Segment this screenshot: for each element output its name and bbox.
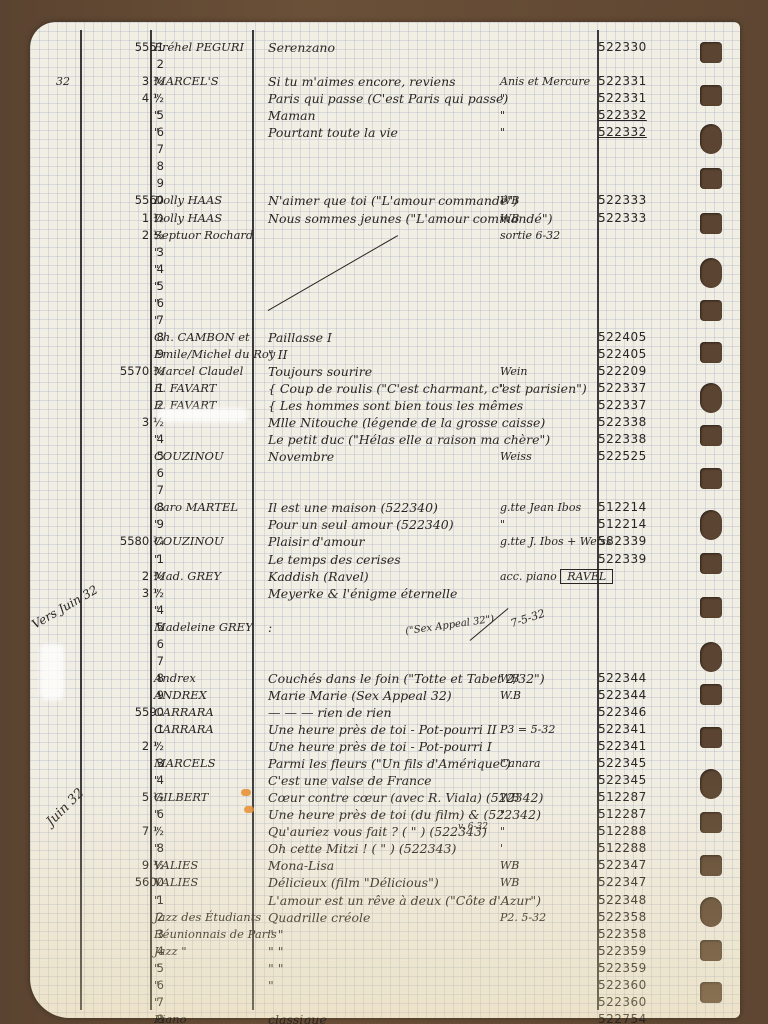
song-title: Le temps des cerises: [268, 551, 401, 568]
entry-number: 5590: [88, 704, 164, 721]
row-note: ": [500, 380, 505, 397]
song-title: Parmi les fleurs ("Un fils d'Amérique"): [268, 755, 511, 772]
row-note: P2. 5-32: [500, 909, 546, 926]
artist-name: ": [154, 551, 159, 568]
ledger-row: 323 ½MARCEL'SSi tu m'aimes encore, revie…: [30, 73, 740, 90]
artist-name: Andrex: [154, 670, 196, 687]
row-note: g.tte Jean Ibos: [500, 499, 581, 516]
song-title: Oh cette Mitzi ! ( " ) (522343): [268, 840, 456, 857]
artist-name: E. FAVART: [154, 380, 216, 397]
entry-number: 4: [88, 602, 164, 619]
matrix-code: 522405: [598, 329, 647, 346]
row-note: g.tte J. Ibos + Weiss: [500, 533, 612, 550]
ledger-row: 8AndrexCouchés dans le foin ("Totte et T…: [30, 670, 740, 687]
ledger-row: 2Jazz des ÉtudiantsQuadrille créoleP2. 5…: [30, 909, 740, 926]
correction-smudge: [40, 644, 64, 700]
matrix-code: 522338: [598, 431, 647, 448]
artist-name: ": [154, 977, 159, 994]
artist-name: Marcel Claudel: [154, 363, 243, 380]
ledger-row: 5600VALIESDélicieux (film "Délicious")WB…: [30, 874, 740, 891]
matrix-code: 522405: [598, 346, 647, 363]
artist-name: ": [154, 738, 159, 755]
entry-number: 2 ½: [88, 568, 164, 585]
song-title: " ": [268, 943, 283, 960]
ledger-page: 5551Fréhel PEGURISerenzano5223302323 ½MA…: [30, 22, 740, 1018]
artist-name: ": [154, 516, 159, 533]
ledger-row: 6: [30, 636, 740, 653]
matrix-code: 512214: [598, 516, 647, 533]
artist-name: Mad. GREY: [154, 568, 221, 585]
song-title: Mlle Nitouche (légende de la grosse cais…: [268, 414, 545, 431]
ledger-row: 8"Oh cette Mitzi ! ( " ) (522343)'512288: [30, 840, 740, 857]
artist-name: Madeleine GREY: [154, 619, 253, 636]
row-note: ": [500, 806, 505, 823]
artist-name: ": [154, 244, 159, 261]
artist-name: ": [154, 295, 159, 312]
margin-note: 32: [56, 73, 70, 90]
ledger-row: 2E. FAVART{ Les hommes sont bien tous le…: [30, 397, 740, 414]
v-date-annotation: v. 6-32: [458, 822, 488, 832]
entry-number: 8: [88, 670, 164, 687]
entry-number: 5551: [88, 39, 164, 56]
entry-number: 7 ½: [88, 823, 164, 840]
ledger-row: 5560Dolly HAASN'aimer que toi ("L'amour …: [30, 192, 740, 209]
entry-number: 4: [88, 431, 164, 448]
row-note: acc. piano RAVEL: [500, 568, 613, 585]
song-title: Meyerke & l'énigme éternelle: [268, 585, 457, 602]
binder-hole: [700, 425, 722, 446]
entry-number: 3 ½: [88, 73, 164, 90]
binder-hole: [700, 342, 722, 363]
artist-name: Jazz ": [154, 943, 187, 960]
artist-name: Fréhel PEGURI: [154, 39, 244, 56]
matrix-code: 522358: [598, 909, 647, 926]
entry-number: 3: [88, 244, 164, 261]
entry-number: 3 ½: [88, 414, 164, 431]
song-title: Maman: [268, 107, 316, 124]
matrix-code: 522754: [598, 1011, 647, 1024]
song-title: Kaddish (Ravel): [268, 568, 369, 585]
entry-number: 8: [88, 158, 164, 175]
ledger-row: 4": [30, 261, 740, 278]
entry-number: 5600: [88, 874, 164, 891]
orange-stain: [244, 806, 254, 813]
song-title: L'amour est un rêve à deux ("Côte d'Azur…: [268, 892, 541, 909]
binder-hole: [700, 258, 722, 288]
artist-name: ": [154, 124, 159, 141]
ledger-row: 5Madeleine GREY:: [30, 619, 740, 636]
song-title: Pour un seul amour (522340): [268, 516, 454, 533]
artist-name: Dolly HAAS: [154, 210, 222, 227]
ledger-row: 3 ½Mlle Nitouche (légende de la grosse c…: [30, 414, 740, 431]
ledger-row: 7 "522360: [30, 994, 740, 1011]
artist-name: ANDREX: [154, 687, 207, 704]
song-title: { Les hommes sont bien tous les mêmes: [268, 397, 523, 414]
binder-hole: [700, 553, 722, 574]
entry-number: 6: [88, 806, 164, 823]
matrix-code: 512288: [598, 840, 647, 857]
entry-number: 8: [88, 1011, 164, 1024]
song-title: classique: [268, 1011, 327, 1024]
matrix-code: 522347: [598, 857, 647, 874]
entry-number: 8: [88, 329, 164, 346]
artist-name: ": [154, 261, 159, 278]
matrix-code: 522359: [598, 943, 647, 960]
row-note: Canara: [500, 755, 540, 772]
entry-number: 2: [88, 56, 164, 73]
artist-name: CARRARA: [154, 704, 214, 721]
binder-hole: [700, 769, 722, 799]
artist-name: COUZINOU: [154, 533, 224, 550]
ledger-row: 3Réunionnais de Paris" "522358: [30, 926, 740, 943]
binder-hole: [700, 42, 722, 63]
binder-hole: [700, 383, 722, 413]
matrix-code: 522347: [598, 874, 647, 891]
entry-number: 6: [88, 295, 164, 312]
row-note: ': [500, 840, 503, 857]
entry-number: 4: [88, 772, 164, 789]
matrix-code: 582339: [598, 533, 647, 550]
artist-name: MARCELS: [154, 755, 215, 772]
song-title: — — — rien de rien: [268, 704, 392, 721]
correction-smudge: [158, 408, 248, 422]
ledger-row: 2: [30, 56, 740, 73]
song-title: Pourtant toute la vie: [268, 124, 398, 141]
matrix-code: 522344: [598, 687, 647, 704]
entry-number: 1: [88, 721, 164, 738]
entry-number: 7: [88, 482, 164, 499]
matrix-code: 522333: [598, 210, 647, 227]
row-note: P3 = 5-32: [500, 721, 555, 738]
binder-hole: [700, 812, 722, 833]
binder-hole: [700, 300, 722, 321]
ledger-row: 5COUZINOUNovembreWeiss522525: [30, 448, 740, 465]
song-title: ": [268, 977, 274, 994]
binder-hole: [700, 642, 722, 672]
song-title: :: [268, 619, 272, 636]
matrix-code: 522360: [598, 994, 647, 1011]
ledger-row: 6 ""522360: [30, 977, 740, 994]
song-title: N'aimer que toi ("L'amour commandé"): [268, 192, 518, 209]
matrix-code: 522341: [598, 721, 647, 738]
binder-hole: [700, 982, 722, 1003]
ledger-row: 6: [30, 465, 740, 482]
artist-name: ": [154, 602, 159, 619]
binder-hole: [700, 684, 722, 705]
binder-hole: [700, 897, 722, 927]
ledger-row: 3 ½"Meyerke & l'énigme éternelle: [30, 585, 740, 602]
entry-number: 5: [88, 107, 164, 124]
ledger-row: 4"Le petit duc ("Hélas elle a raison ma …: [30, 431, 740, 448]
song-title: Marie Marie (Sex Appeal 32): [268, 687, 452, 704]
song-title: Une heure près de toi - Pot-pourri II: [268, 721, 497, 738]
matrix-code: 522339: [598, 551, 647, 568]
artist-name: ": [154, 107, 159, 124]
ledger-row: 6": [30, 295, 740, 312]
song-title: Mona-Lisa: [268, 857, 334, 874]
ledger-row: 9 ½VALIESMona-LisaWB522347: [30, 857, 740, 874]
matrix-code: 522525: [598, 448, 647, 465]
artist-name: COUZINOU: [154, 448, 224, 465]
song-title: Novembre: [268, 448, 334, 465]
binder-hole: [700, 727, 722, 748]
entry-number: 7: [88, 141, 164, 158]
ledger-row: 7: [30, 482, 740, 499]
song-title: Serenzano: [268, 39, 335, 56]
ledger-row: 9"Pour un seul amour (522340)"512214: [30, 516, 740, 533]
entry-number: 6: [88, 636, 164, 653]
row-note: Anis et Mercure: [500, 73, 590, 90]
ledger-row: 5 "" "522359: [30, 960, 740, 977]
artist-name: GILBERT: [154, 789, 208, 806]
row-note: sortie 6-32: [500, 227, 560, 244]
entry-number: 6: [88, 465, 164, 482]
matrix-code: 522209: [598, 363, 647, 380]
song-title: C'est une valse de France: [268, 772, 432, 789]
entry-number: 9: [88, 516, 164, 533]
entry-number: 4 ½: [88, 90, 164, 107]
matrix-code: 522332: [598, 124, 647, 141]
entry-number: 2 ½: [88, 227, 164, 244]
ledger-row: 7: [30, 653, 740, 670]
song-title: Plaisir d'amour: [268, 533, 365, 550]
ledger-row: 6"Pourtant toute la vie"522332: [30, 124, 740, 141]
matrix-code: 522346: [598, 704, 647, 721]
row-note: ": [500, 90, 505, 107]
song-title: Quadrille créole: [268, 909, 370, 926]
song-title: Il est une maison (522340): [268, 499, 438, 516]
entry-number: 5570 ½: [88, 363, 164, 380]
song-title: Une heure près de toi - Pot-pourri I: [268, 738, 492, 755]
song-title: " II: [268, 346, 288, 363]
matrix-code: 512288: [598, 823, 647, 840]
entry-number: 9 ½: [88, 857, 164, 874]
row-note: WB: [500, 789, 519, 806]
artist-name: Emile/Michel du Roy: [154, 346, 275, 363]
ledger-row: 4"C'est une valse de France522345: [30, 772, 740, 789]
matrix-code: 522345: [598, 772, 647, 789]
entry-number: 5: [88, 619, 164, 636]
matrix-code: 522338: [598, 414, 647, 431]
ledger-row: 4Jazz "" "522359: [30, 943, 740, 960]
matrix-code: 512214: [598, 499, 647, 516]
ledger-row: 8Pianoclassique522754: [30, 1011, 740, 1024]
song-title: Paillasse I: [268, 329, 332, 346]
ledger-row: 7: [30, 141, 740, 158]
entry-number: 3: [88, 755, 164, 772]
artist-name: ": [154, 585, 159, 602]
artist-name: ": [154, 823, 159, 840]
entry-number: 7: [88, 312, 164, 329]
artist-name: MARCEL'S: [154, 73, 219, 90]
entry-number: 9: [88, 175, 164, 192]
artist-name: ": [154, 772, 159, 789]
row-note: WB: [500, 670, 519, 687]
matrix-code: 522360: [598, 977, 647, 994]
song-title: Paris qui passe (C'est Paris qui passe): [268, 90, 508, 107]
artist-name: ": [154, 312, 159, 329]
matrix-code: 522345: [598, 755, 647, 772]
matrix-code: 522331: [598, 90, 647, 107]
row-note: WB: [500, 210, 519, 227]
ledger-row: 5570 ½Marcel ClaudelToujours sourireWein…: [30, 363, 740, 380]
entry-number: 9: [88, 346, 164, 363]
ledger-row: 1 ½Dolly HAASNous sommes jeunes ("L'amou…: [30, 210, 740, 227]
matrix-code: 522331: [598, 73, 647, 90]
ledger-row: 5": [30, 278, 740, 295]
ledger-row: 6"Une heure près de toi (du film) & (522…: [30, 806, 740, 823]
binder-hole: [700, 85, 722, 106]
ledger-row: 8Ch. CAMBON etPaillasse I522405: [30, 329, 740, 346]
ledger-row: 1"L'amour est un rêve à deux ("Côte d'Az…: [30, 892, 740, 909]
artist-name: VALIES: [154, 857, 198, 874]
artist-name: CARRARA: [154, 721, 214, 738]
ledger-row: 3MARCELSParmi les fleurs ("Un fils d'Amé…: [30, 755, 740, 772]
matrix-code: 522333: [598, 192, 647, 209]
entry-number: 5560: [88, 192, 164, 209]
song-title: Le petit duc ("Hélas elle a raison ma ch…: [268, 431, 550, 448]
matrix-code: 522348: [598, 892, 647, 909]
entry-number: 2: [88, 397, 164, 414]
row-note: WB: [500, 192, 519, 209]
binder-hole: [700, 597, 722, 618]
ledger-row: 7": [30, 312, 740, 329]
artist-name: Septuor Rochard: [154, 227, 253, 244]
ledger-row: 9Emile/Michel du Roy" II522405: [30, 346, 740, 363]
row-note: ": [500, 516, 505, 533]
binder-hole: [700, 940, 722, 961]
entry-number: 2: [88, 909, 164, 926]
matrix-code: 522341: [598, 738, 647, 755]
song-title: Qu'auriez vous fait ? ( " ) (522343): [268, 823, 487, 840]
row-note: ": [500, 124, 505, 141]
row-note: ": [500, 823, 505, 840]
entry-number: 1: [88, 380, 164, 397]
artist-name: ": [154, 90, 159, 107]
binder-hole: [700, 468, 722, 489]
matrix-code: 522344: [598, 670, 647, 687]
row-note: Weiss: [500, 448, 532, 465]
binder-hole: [700, 855, 722, 876]
ledger-row: 5580 ¾COUZINOUPlaisir d'amourg.tte J. Ib…: [30, 533, 740, 550]
entry-number: 5: [88, 448, 164, 465]
song-title: " ": [268, 926, 283, 943]
entry-number: 2 ½: [88, 738, 164, 755]
row-note: W.B: [500, 687, 521, 704]
matrix-code: 512287: [598, 806, 647, 823]
artist-name: ": [154, 806, 159, 823]
ledger-row: 5590CARRARA— — — rien de rien522346: [30, 704, 740, 721]
ledger-row: 5551Fréhel PEGURISerenzano522330: [30, 39, 740, 56]
artist-name: Dolly HAAS: [154, 192, 222, 209]
artist-name: Réunionnais de Paris: [154, 926, 277, 943]
matrix-code: 522337: [598, 380, 647, 397]
matrix-code: 522359: [598, 960, 647, 977]
artist-name: Caro MARTEL: [154, 499, 238, 516]
artist-name: ": [154, 278, 159, 295]
song-title: Si tu m'aimes encore, reviens: [268, 73, 456, 90]
ledger-row: 1CARRARAUne heure près de toi - Pot-pour…: [30, 721, 740, 738]
ledger-row: 7 ½"Qu'auriez vous fait ? ( " ) (522343)…: [30, 823, 740, 840]
entry-number: 5 ½: [88, 789, 164, 806]
entry-number: 6: [88, 124, 164, 141]
artist-name: Piano: [154, 1011, 187, 1024]
matrix-code: 522332: [598, 107, 647, 124]
ledger-row: 9ANDREXMarie Marie (Sex Appeal 32)W.B522…: [30, 687, 740, 704]
orange-stain: [241, 789, 251, 796]
entry-number: 9: [88, 687, 164, 704]
ledger-row: 1"Le temps des cerises522339: [30, 551, 740, 568]
entry-number: 7: [88, 653, 164, 670]
entry-number: 8: [88, 499, 164, 516]
ledger-row: 4 ½"Paris qui passe (C'est Paris qui pas…: [30, 90, 740, 107]
ledger-row: 3": [30, 244, 740, 261]
ledger-row: 2 ½Mad. GREYKaddish (Ravel)acc. piano RA…: [30, 568, 740, 585]
song-title: Délicieux (film "Délicious"): [268, 874, 439, 891]
entry-number: 3: [88, 926, 164, 943]
binder-hole: [700, 510, 722, 540]
artist-name: ": [154, 994, 159, 1011]
matrix-code: 522358: [598, 926, 647, 943]
artist-name: ": [154, 892, 159, 909]
entry-number: 5: [88, 960, 164, 977]
entry-number: 8: [88, 840, 164, 857]
entry-number: 1: [88, 551, 164, 568]
matrix-code: 522330: [598, 39, 647, 56]
row-note: WB: [500, 857, 519, 874]
ledger-row: 2 ½"Une heure près de toi - Pot-pourri I…: [30, 738, 740, 755]
row-note: Wein: [500, 363, 528, 380]
row-note: ": [500, 107, 505, 124]
artist-name: VALIES: [154, 874, 198, 891]
ledger-row: 8: [30, 158, 740, 175]
ledger-row: 9: [30, 175, 740, 192]
entry-number: 5: [88, 278, 164, 295]
binder-hole: [700, 213, 722, 234]
artist-name: ": [154, 840, 159, 857]
binder-hole: [700, 168, 722, 189]
entry-number: 1 ½: [88, 210, 164, 227]
song-title: " ": [268, 960, 283, 977]
ledger-row: 5"Maman"522332: [30, 107, 740, 124]
entry-number: 1: [88, 892, 164, 909]
entry-number: 4: [88, 943, 164, 960]
ledger-row: 1E. FAVART{ Coup de roulis ("C'est charm…: [30, 380, 740, 397]
entry-number: 5580 ¾: [88, 533, 164, 550]
ledger-row: 5 ½GILBERTCœur contre cœur (avec R. Vial…: [30, 789, 740, 806]
matrix-code: 522337: [598, 397, 647, 414]
entry-number: 7: [88, 994, 164, 1011]
artist-name: ": [154, 431, 159, 448]
ledger-row: 4": [30, 602, 740, 619]
ledger-row: 8Caro MARTELIl est une maison (522340)g.…: [30, 499, 740, 516]
row-note: WB: [500, 874, 519, 891]
song-title: { Coup de roulis ("C'est charmant, c'est…: [268, 380, 587, 397]
entry-number: 4: [88, 261, 164, 278]
song-title: Toujours sourire: [268, 363, 372, 380]
artist-name: ": [154, 960, 159, 977]
entry-number: 6: [88, 977, 164, 994]
artist-name: Jazz des Étudiants: [154, 909, 261, 926]
artist-name: Ch. CAMBON et: [154, 329, 250, 346]
binder-hole: [700, 124, 722, 154]
matrix-code: 512287: [598, 789, 647, 806]
